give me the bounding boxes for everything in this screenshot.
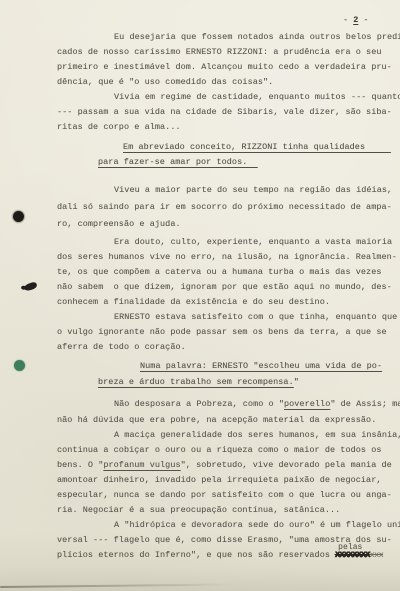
text-line: dos seres humanos vive no erro, na ilusã…	[57, 250, 400, 265]
typo-correction: pelasXXXXXXXXxxx	[335, 548, 383, 563]
text-line: te, os que compõem a caterva ou a humana…	[57, 265, 400, 280]
underlined-heading: Em abreviado conceito, RIZZONI tinha qua…	[57, 140, 400, 170]
text-line: --- passam a sua vida na cidade de Sibar…	[57, 105, 400, 120]
green-dot-mark	[14, 360, 25, 371]
page-edge-shadow	[0, 584, 235, 588]
text-line: bens. O "profanum vulgus", sobretudo, vi…	[57, 458, 400, 473]
hole-punch-mark	[13, 211, 24, 222]
text-line: amontoar dinheiro, invadido pela irrequi…	[57, 473, 400, 488]
text-line: ritas de corpo e alma...	[57, 120, 400, 135]
text-line: especular, nunca se dando por satisfeito…	[57, 488, 400, 503]
heading-line: Numa palavra: ERNESTO "escolheu uma vida…	[57, 358, 400, 374]
paragraph: ERNESTO estava satisfeito com o que tinh…	[57, 310, 400, 355]
text-line: Viveu a maior parte do seu tempo na regi…	[57, 182, 400, 199]
paragraph: Eu desejaria que fossem notados ainda ou…	[57, 30, 400, 90]
paragraph: A maciça generalidade dos seres humanos,…	[57, 428, 400, 518]
paragraph: Era douto, culto, experiente, enquanto a…	[57, 235, 400, 310]
text-line: ria. Negociar é a sua preocupação contín…	[57, 503, 400, 518]
latin-term-profanum-vulgus: profanum vulgus	[103, 460, 180, 470]
text-line: continua a cobiçar o ouro ou a riqueza c…	[57, 443, 400, 458]
text-line: A "hidrópica e devoradora sede do ouro" …	[57, 518, 400, 533]
text-line: plícios eternos do Inferno", e que nos s…	[57, 548, 400, 563]
heading-line: breza e árduo trabalho sem recompensa."	[57, 374, 400, 390]
heading-line: para fazer-se amar por todos.	[57, 155, 400, 170]
text-line: Não desposara a Pobreza, como o "poverel…	[57, 396, 400, 412]
page-number: - 2 -	[343, 13, 369, 28]
paragraph: A "hidrópica e devoradora sede do ouro" …	[57, 518, 400, 563]
heading-line-underlined: breza e árduo trabalho sem recompensa.	[98, 377, 294, 387]
latin-term-poverello: poverello	[284, 399, 330, 409]
page-number-prefix: -	[343, 15, 353, 25]
text-line: Eu desejaria que fossem notados ainda ou…	[57, 30, 400, 45]
text-line: A maciça generalidade dos seres humanos,…	[57, 428, 400, 443]
paragraph: Não desposara a Pobreza, como o "poverel…	[57, 396, 400, 428]
text-line: Era douto, culto, experiente, enquanto a…	[57, 235, 400, 250]
heading-line: Em abreviado conceito, RIZZONI tinha qua…	[57, 140, 400, 155]
text-line: não sabem o que dizem, ignoram por que e…	[57, 280, 400, 295]
paragraph: Vivia em regime de castidade, enquanto m…	[57, 90, 400, 135]
text-line: cados de nosso caríssimo ERNESTO RIZZONI…	[57, 45, 400, 60]
text-line: Vivia em regime de castidade, enquanto m…	[57, 90, 400, 105]
correction-word-above: pelas	[338, 540, 362, 555]
underlined-heading: Numa palavra: ERNESTO "escolheu uma vida…	[57, 358, 400, 390]
scanned-document-page: - 2 - Eu desejaria que fossem notados ai…	[0, 0, 400, 591]
text-line: ro, compreensão e ajuda.	[57, 216, 400, 233]
paragraph: Viveu a maior parte do seu tempo na regi…	[57, 182, 400, 233]
text-line: primeiro e inestimável dom. Alcançou mui…	[57, 60, 400, 75]
page-number-suffix: -	[358, 15, 368, 25]
heading-line-trailing-quote: "	[294, 377, 299, 387]
text-line: conhecem a finalidade da existência e do…	[57, 295, 400, 310]
text-line: não há dúvida que era pobre, na acepção …	[57, 412, 400, 428]
crossed-out-text-faint: xxx	[370, 550, 384, 560]
text-line: ERNESTO estava satisfeito com o que tinh…	[57, 310, 400, 325]
text-line: dência, que é "o uso comedido das coisas…	[57, 75, 400, 90]
text-line: aferra de todo o coração.	[57, 340, 400, 355]
typewritten-text: Eu desejaria que fossem notados ainda ou…	[0, 30, 400, 563]
text-line: dali só saindo para ir em socorro do pró…	[57, 199, 400, 216]
text-line: o vulgo ignorante não pode passar sem os…	[57, 325, 400, 340]
